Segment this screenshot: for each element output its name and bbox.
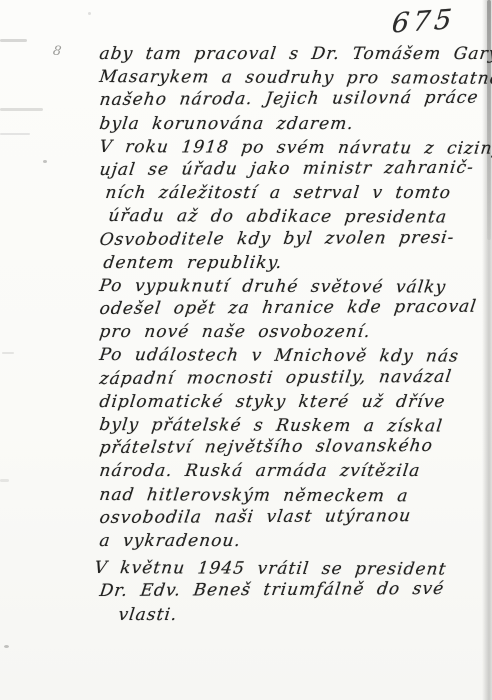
handwritten-line: pro nové naše osvobození. [98, 321, 483, 344]
photocopy-streak [0, 479, 9, 482]
photocopy-streak [0, 133, 30, 135]
photocopy-speck [4, 645, 9, 648]
handwritten-line: Osvoboditele kdy byl zvolen presi- [98, 226, 483, 252]
handwritten-line: ních záležitostí a setrval v tomto [104, 182, 483, 205]
handwritten-line: ujal se úřadu jako ministr zahranič- [98, 157, 483, 183]
handwritten-line: diplomatické styky které už dříve [98, 391, 483, 414]
scanned-document-page: 675 8 aby tam pracoval s Dr. Tomášem Gar… [0, 0, 492, 700]
handwritten-line: byla korunována zdarem. [98, 113, 483, 136]
margin-pencil-mark: 8 [52, 43, 62, 59]
scan-edge-shadow-dark [487, 0, 491, 240]
handwritten-line: aby tam pracoval s Dr. Tomášem Garykem [98, 43, 483, 66]
handwritten-line: vlasti. [117, 604, 483, 627]
photocopy-speck [88, 12, 91, 15]
handwritten-text-block: aby tam pracoval s Dr. Tomášem Garykem M… [98, 43, 480, 627]
handwritten-line: odešel opět za hranice kde pracoval [98, 296, 483, 322]
photocopy-streak [0, 108, 43, 111]
photocopy-streak [0, 39, 27, 42]
handwritten-line: národa. Ruská armáda zvítězila [98, 460, 483, 483]
handwritten-line: západní mocnosti opustily, navázal [98, 365, 483, 391]
handwritten-line: Dr. Edv. Beneš triumfálně do své [98, 578, 483, 604]
handwritten-line: přátelství největšího slovanského [98, 435, 483, 461]
photocopy-speck [43, 160, 47, 163]
page-number: 675 [390, 3, 463, 39]
handwritten-line: našeho národa. Jejich usilovná práce [98, 87, 483, 113]
handwritten-line: dentem republiky. [102, 252, 483, 275]
photocopy-streak [2, 352, 14, 354]
handwritten-line: a vykradenou. [98, 530, 483, 553]
handwritten-line: osvobodila naši vlast utýranou [98, 504, 483, 530]
